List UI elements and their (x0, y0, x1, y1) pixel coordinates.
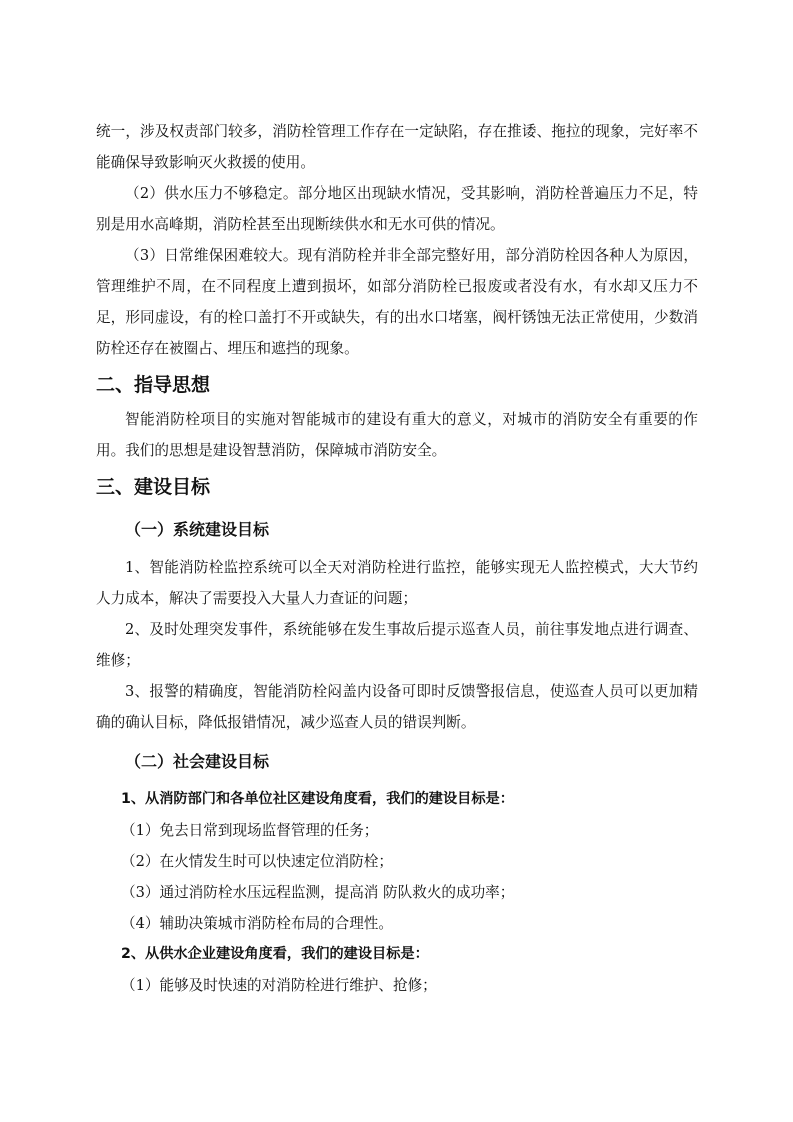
list-item-fire-goal: （1）免去日常到现场监督管理的任务； (96, 815, 698, 846)
section-heading-construction-goals: 三、建设目标 (96, 468, 698, 506)
list-item-system-goal: 3、报警的精确度，智能消防栓闷盖内设备可即时反馈警报信息，使巡查人员可以更加精确… (96, 676, 698, 738)
list-item-fire-goal: （3）通过消防栓水压远程监测，提高消 防队救火的成功率； (96, 877, 698, 908)
list-item-system-goal: 1、智能消防栓监控系统可以全天对消防栓进行监控，能够实现无人监控模式，大大节约人… (96, 552, 698, 614)
paragraph-guiding-thought: 智能消防栓项目的实施对智能城市的建设有重大的意义，对城市的消防安全有重要的作用。… (96, 404, 698, 466)
subsection-heading-social-goals: （二）社会建设目标 (96, 742, 698, 782)
document-page: 统一，涉及权责部门较多，消防栓管理工作存在一定缺陷，存在推诿、拖拉的现象，完好率… (96, 116, 698, 1001)
paragraph-maintenance: （3）日常维保困难较大。现有消防栓并非全部完整好用，部分消防栓因各种人为原因，管… (96, 240, 698, 364)
list-item-fire-goal: （2）在火情发生时可以快速定位消防栓； (96, 846, 698, 877)
section-heading-guiding-thought: 二、指导思想 (96, 366, 698, 404)
group-heading-water-supply: 2、从供水企业建设角度看，我们的建设目标是： (96, 939, 698, 970)
subsection-heading-system-goals: （一）系统建设目标 (96, 510, 698, 550)
group-heading-fire-department: 1、从消防部门和各单位社区建设角度看，我们的建设目标是： (96, 784, 698, 815)
list-item-water-goal: （1）能够及时快速的对消防栓进行维护、抢修； (96, 970, 698, 1001)
list-item-fire-goal: （4）辅助决策城市消防栓布局的合理性。 (96, 908, 698, 939)
paragraph-continuation: 统一，涉及权责部门较多，消防栓管理工作存在一定缺陷，存在推诿、拖拉的现象，完好率… (96, 116, 698, 178)
paragraph-water-pressure: （2）供水压力不够稳定。部分地区出现缺水情况，受其影响，消防栓普遍压力不足，特别… (96, 178, 698, 240)
list-item-system-goal: 2、及时处理突发事件，系统能够在发生事故后提示巡查人员，前往事发地点进行调查、维… (96, 614, 698, 676)
